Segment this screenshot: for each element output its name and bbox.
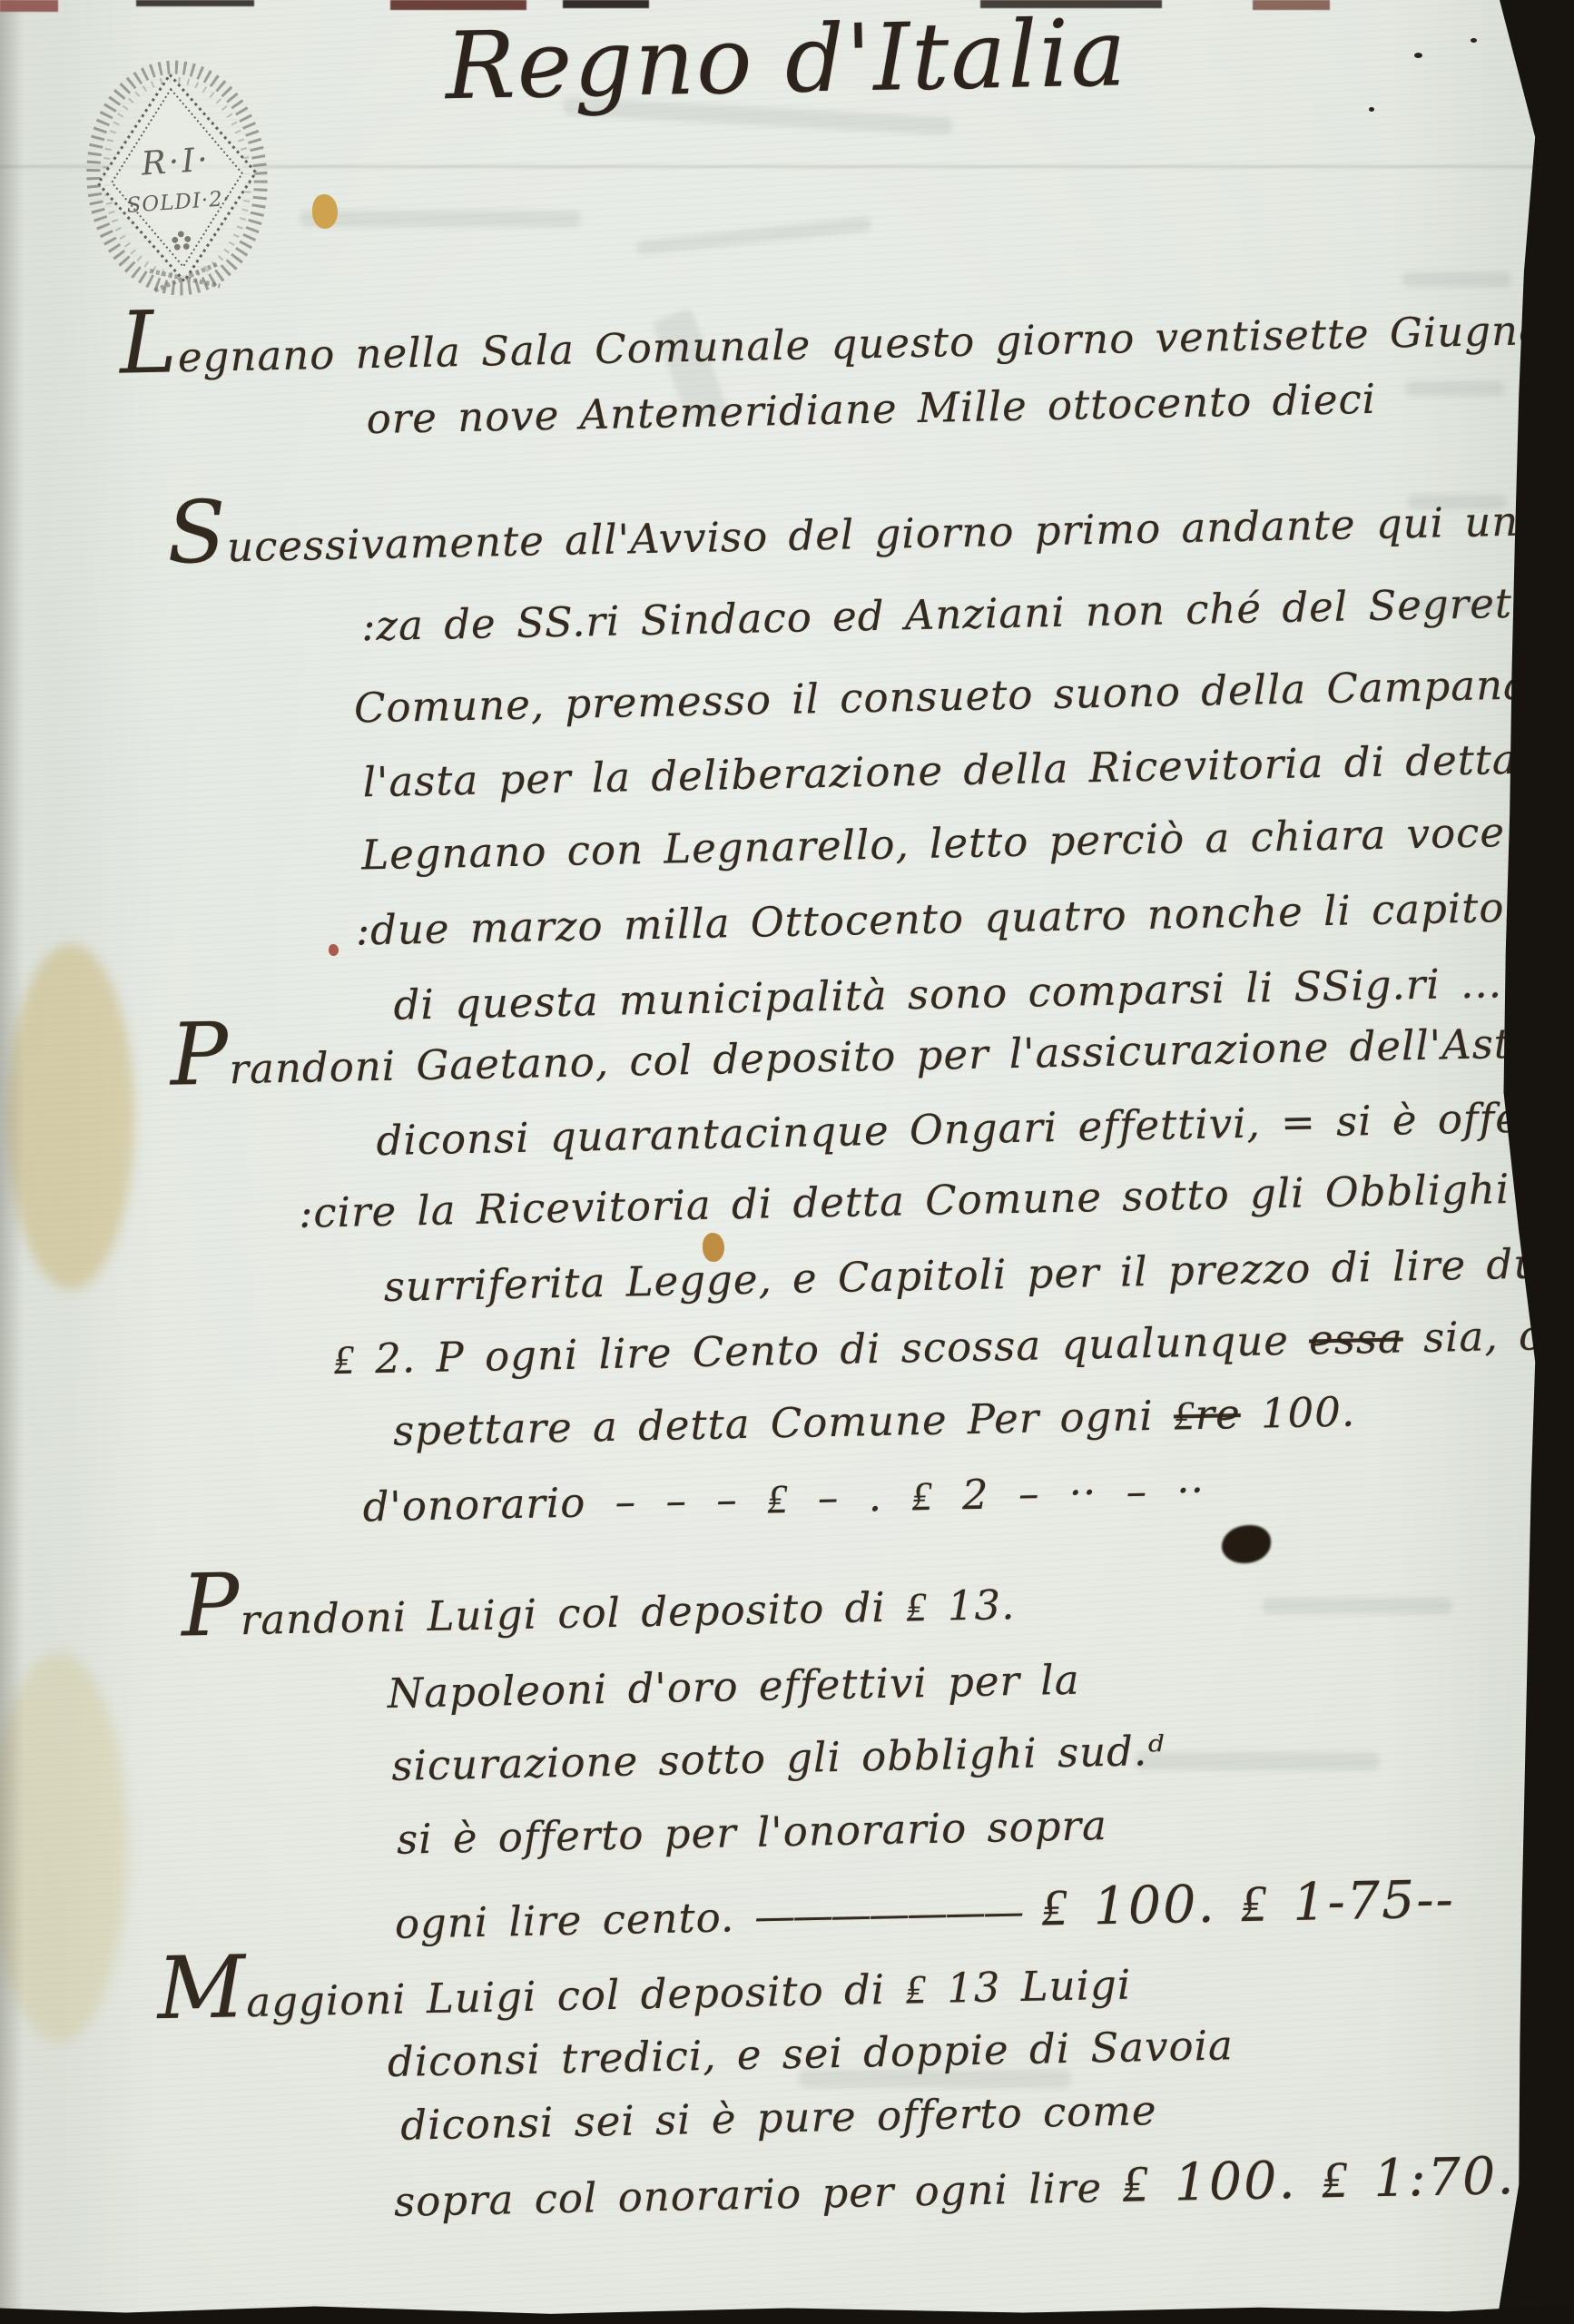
- bidder-maggioni-line: diconsi tredici, e sei doppie di Savoia: [387, 2022, 1234, 2085]
- bidder-gaetano-offer-line: ₤ 2. P ogni lire Cento di scossa qualunq…: [333, 1309, 1574, 1384]
- offer-text: ₤ 2. P ogni lire Cento di scossa qualunq…: [333, 1316, 1310, 1384]
- bidder-gaetano-comune-line: spettare a detta Comune Per ogni ₤re 100…: [392, 1389, 1355, 1455]
- page-edge-mark: [0, 0, 58, 12]
- amount-label: sopra col onorario per ogni lire: [394, 2164, 1103, 2225]
- premise-line: Legnano con Legnarello, letto perciò a c…: [361, 803, 1574, 880]
- opening-line: ore nove Antemeridiane Mille ottocento d…: [366, 376, 1376, 443]
- page-edge-mark: [136, 0, 254, 6]
- premise-line: Sucessivamente all'Avviso del giorno pri…: [167, 492, 1574, 573]
- opening-line: Legnano nella Sala Comunale questo giorn…: [120, 305, 1574, 382]
- bidder-maggioni-amount-line: sopra col onorario per ogni lire ₤ 100. …: [393, 2147, 1534, 2230]
- bidder-maggioni-line: Maggioni Luigi col deposito di ₤ 13 Luig…: [157, 1962, 1132, 2028]
- premise-line: l'asta per la deliberazione della Ricevi…: [362, 731, 1574, 806]
- bidder-maggioni-line: diconsi sei si è pure offerto come: [400, 2087, 1157, 2149]
- bidder-gaetano-line: :cire la Ricevitoria di detta Comune sot…: [299, 1163, 1574, 1236]
- bidder-gaetano-onorario-line: d'onorario – – – ₤ – . ₤ 2 – ·· – ··: [362, 1467, 1205, 1531]
- ruled-dash: ———————: [754, 1888, 1022, 1941]
- page-edge-left: [0, 0, 24, 2324]
- bidder-gaetano-line: diconsi quarantacinque Ongari effettivi,…: [376, 1089, 1574, 1165]
- manuscript-page: R·I· SOLDI·2· Regno d'Italia Legnano nel…: [0, 0, 1574, 2324]
- page-edge-mark: [563, 0, 649, 8]
- bidder-luigi-line: sicurazione sotto gli obblighi sud.ᵈ: [391, 1728, 1166, 1790]
- comune-text: 100.: [1240, 1388, 1356, 1439]
- amount-label: ogni lire cento.: [394, 1894, 734, 1947]
- manuscript-text-block: Regno d'Italia Legnano nella Sala Comuna…: [0, 0, 1574, 2324]
- bidder-luigi-amount-line: ogni lire cento. ——————— ₤ 100. ₤ 1-75--: [394, 1870, 1455, 1951]
- premise-line: :due marzo milla Ottocento quatro nonche…: [355, 879, 1574, 954]
- amount-value: ₤ 100. ₤ 1:70..: [1121, 2147, 1534, 2215]
- page-edge-mark: [980, 0, 1162, 8]
- bidder-luigi-line: Prandoni Luigi col deposito di ₤ 13.: [182, 1581, 1016, 1645]
- page-title: Regno d'Italia: [445, 0, 1129, 121]
- premise-line: Comune, premesso il consueto suono della…: [354, 655, 1574, 732]
- premise-line: di questa municipalità sono comparsi li …: [393, 960, 1502, 1029]
- bidder-gaetano-line: Prandoni Gaetano, col deposito per l'ass…: [170, 1015, 1574, 1094]
- struck-word: ₤re: [1174, 1390, 1242, 1439]
- amount-value: ₤ 100. ₤ 1-75--: [1040, 1870, 1455, 1938]
- comune-text: spettare a detta Comune Per ogni: [392, 1392, 1174, 1455]
- bidder-gaetano-line: surriferita Legge, e Capitoli per il pre…: [383, 1236, 1574, 1311]
- premise-line: :za de SS.ri Sindaco ed Anziani non ché …: [361, 575, 1574, 650]
- bidder-luigi-line: si è offerto per l'onorario sopra: [397, 1802, 1108, 1863]
- struck-word: essa: [1309, 1314, 1404, 1364]
- page-edge-mark: [1253, 0, 1330, 10]
- bidder-luigi-line: Napoleoni d'oro effettivi per la: [387, 1657, 1080, 1718]
- page-edge-mark: [390, 0, 526, 10]
